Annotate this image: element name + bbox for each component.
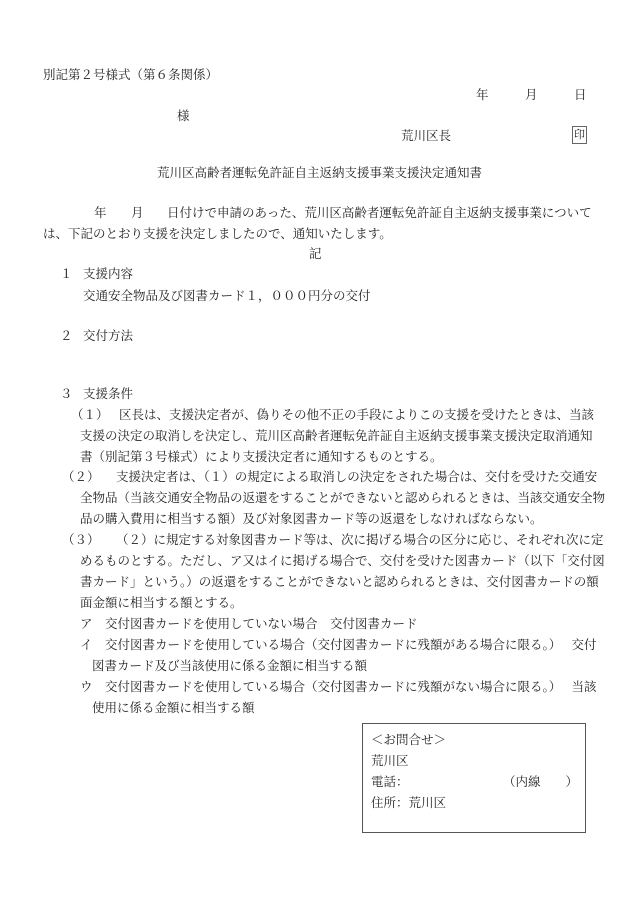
- item-u-line: 交付図書カードを使用している場合（交付図書カードに残額がない場合に限る。） 当該: [105, 679, 596, 695]
- item-u-line: 使用に係る金額に相当する額: [92, 700, 255, 716]
- item-i-label: イ: [80, 637, 93, 653]
- form-label: 別記第２号様式（第６条関係）: [43, 67, 218, 83]
- item-u-label: ウ: [80, 679, 93, 695]
- recipient-suffix: 様: [177, 108, 190, 124]
- condition-1-label: （１）: [71, 407, 109, 423]
- ki-mark: 記: [309, 246, 322, 262]
- condition-3-line: （２）に規定する対象図書カード等は、次に掲げる場合の区分に応じ、それぞれ次に定: [116, 532, 604, 548]
- condition-2-line: 全物品（当該交通安全物品の返還をすることができないと認められるときは、当該交通安…: [80, 490, 605, 506]
- section-1-content: 交通安全物品及び図書カード１，０００円分の交付: [83, 288, 371, 304]
- body-line-1: 日付けで申請のあった、荒川区高齢者運転免許証自主返納支援事業について: [167, 205, 592, 221]
- contact-office: 荒川区: [371, 753, 409, 769]
- body-line-2: は、下記のとおり支援を決定しましたので、通知いたします。: [43, 226, 392, 242]
- contact-box: ＜お問合せ＞ 荒川区 電話： （内線 ） 住所：荒川区: [362, 723, 586, 833]
- date-day: 日: [574, 87, 587, 103]
- item-i-line: 図書カード及び当該使用に係る金額に相当する額: [92, 658, 367, 674]
- document-title: 荒川区高齢者運転免許証自主返納支援事業支援決定通知書: [157, 165, 482, 181]
- item-a-line: 交付図書カードを使用していない場合 交付図書カード: [105, 616, 418, 632]
- date-year: 年: [476, 87, 489, 103]
- section-2-number: ２: [60, 328, 73, 344]
- section-3-number: ３: [60, 386, 73, 402]
- contact-extension: （内線 ）: [503, 774, 578, 790]
- contact-phone-label: 電話：: [371, 774, 409, 790]
- condition-1-line: 支援の決定の取消しを決定し、荒川区高齢者運転免許証自主返納支援事業支援決定取消通…: [80, 428, 593, 444]
- sender: 荒川区長: [401, 128, 451, 144]
- condition-3-line: 書カード」という。）の返還をすることができないと認められるときは、交付図書カード…: [80, 574, 599, 590]
- condition-2-label: （２）: [62, 469, 100, 485]
- condition-1-line: 書（別記第３号様式）により支援決定者に通知するものとする。: [80, 449, 443, 465]
- contact-heading: ＜お問合せ＞: [371, 732, 446, 748]
- date-month: 月: [525, 87, 538, 103]
- contact-address: 住所：荒川区: [371, 795, 446, 811]
- section-1-heading: 支援内容: [83, 266, 133, 282]
- section-2-heading: 交付方法: [83, 328, 133, 344]
- body-month: 月: [131, 205, 144, 221]
- condition-2-line: 品の購入費用に相当する額）及び対象図書カード等の返還をしなければならない。: [80, 511, 543, 527]
- condition-1-line: 区長は、支援決定者が、偽りその他不正の手段によりこの支援を受けたときは、当該: [119, 407, 594, 423]
- section-3-heading: 支援条件: [83, 386, 133, 402]
- body-year: 年: [94, 205, 107, 221]
- seal-box: 印: [572, 126, 587, 144]
- condition-2-line: 支援決定者は、（１）の規定による取消しの決定をされた場合は、交付を受けた交通安: [116, 469, 597, 485]
- section-1-number: １: [60, 266, 73, 282]
- condition-3-line: 面金額に相当する額とする。: [80, 595, 243, 611]
- item-i-line: 交付図書カードを使用している場合（交付図書カードに残額がある場合に限る。） 交付: [105, 637, 596, 653]
- condition-3-line: めるものとする。ただし、ア又はイに掲げる場合で、交付を受けた図書カード（以下「交…: [80, 553, 605, 569]
- condition-3-label: （３）: [62, 532, 100, 548]
- item-a-label: ア: [80, 616, 93, 632]
